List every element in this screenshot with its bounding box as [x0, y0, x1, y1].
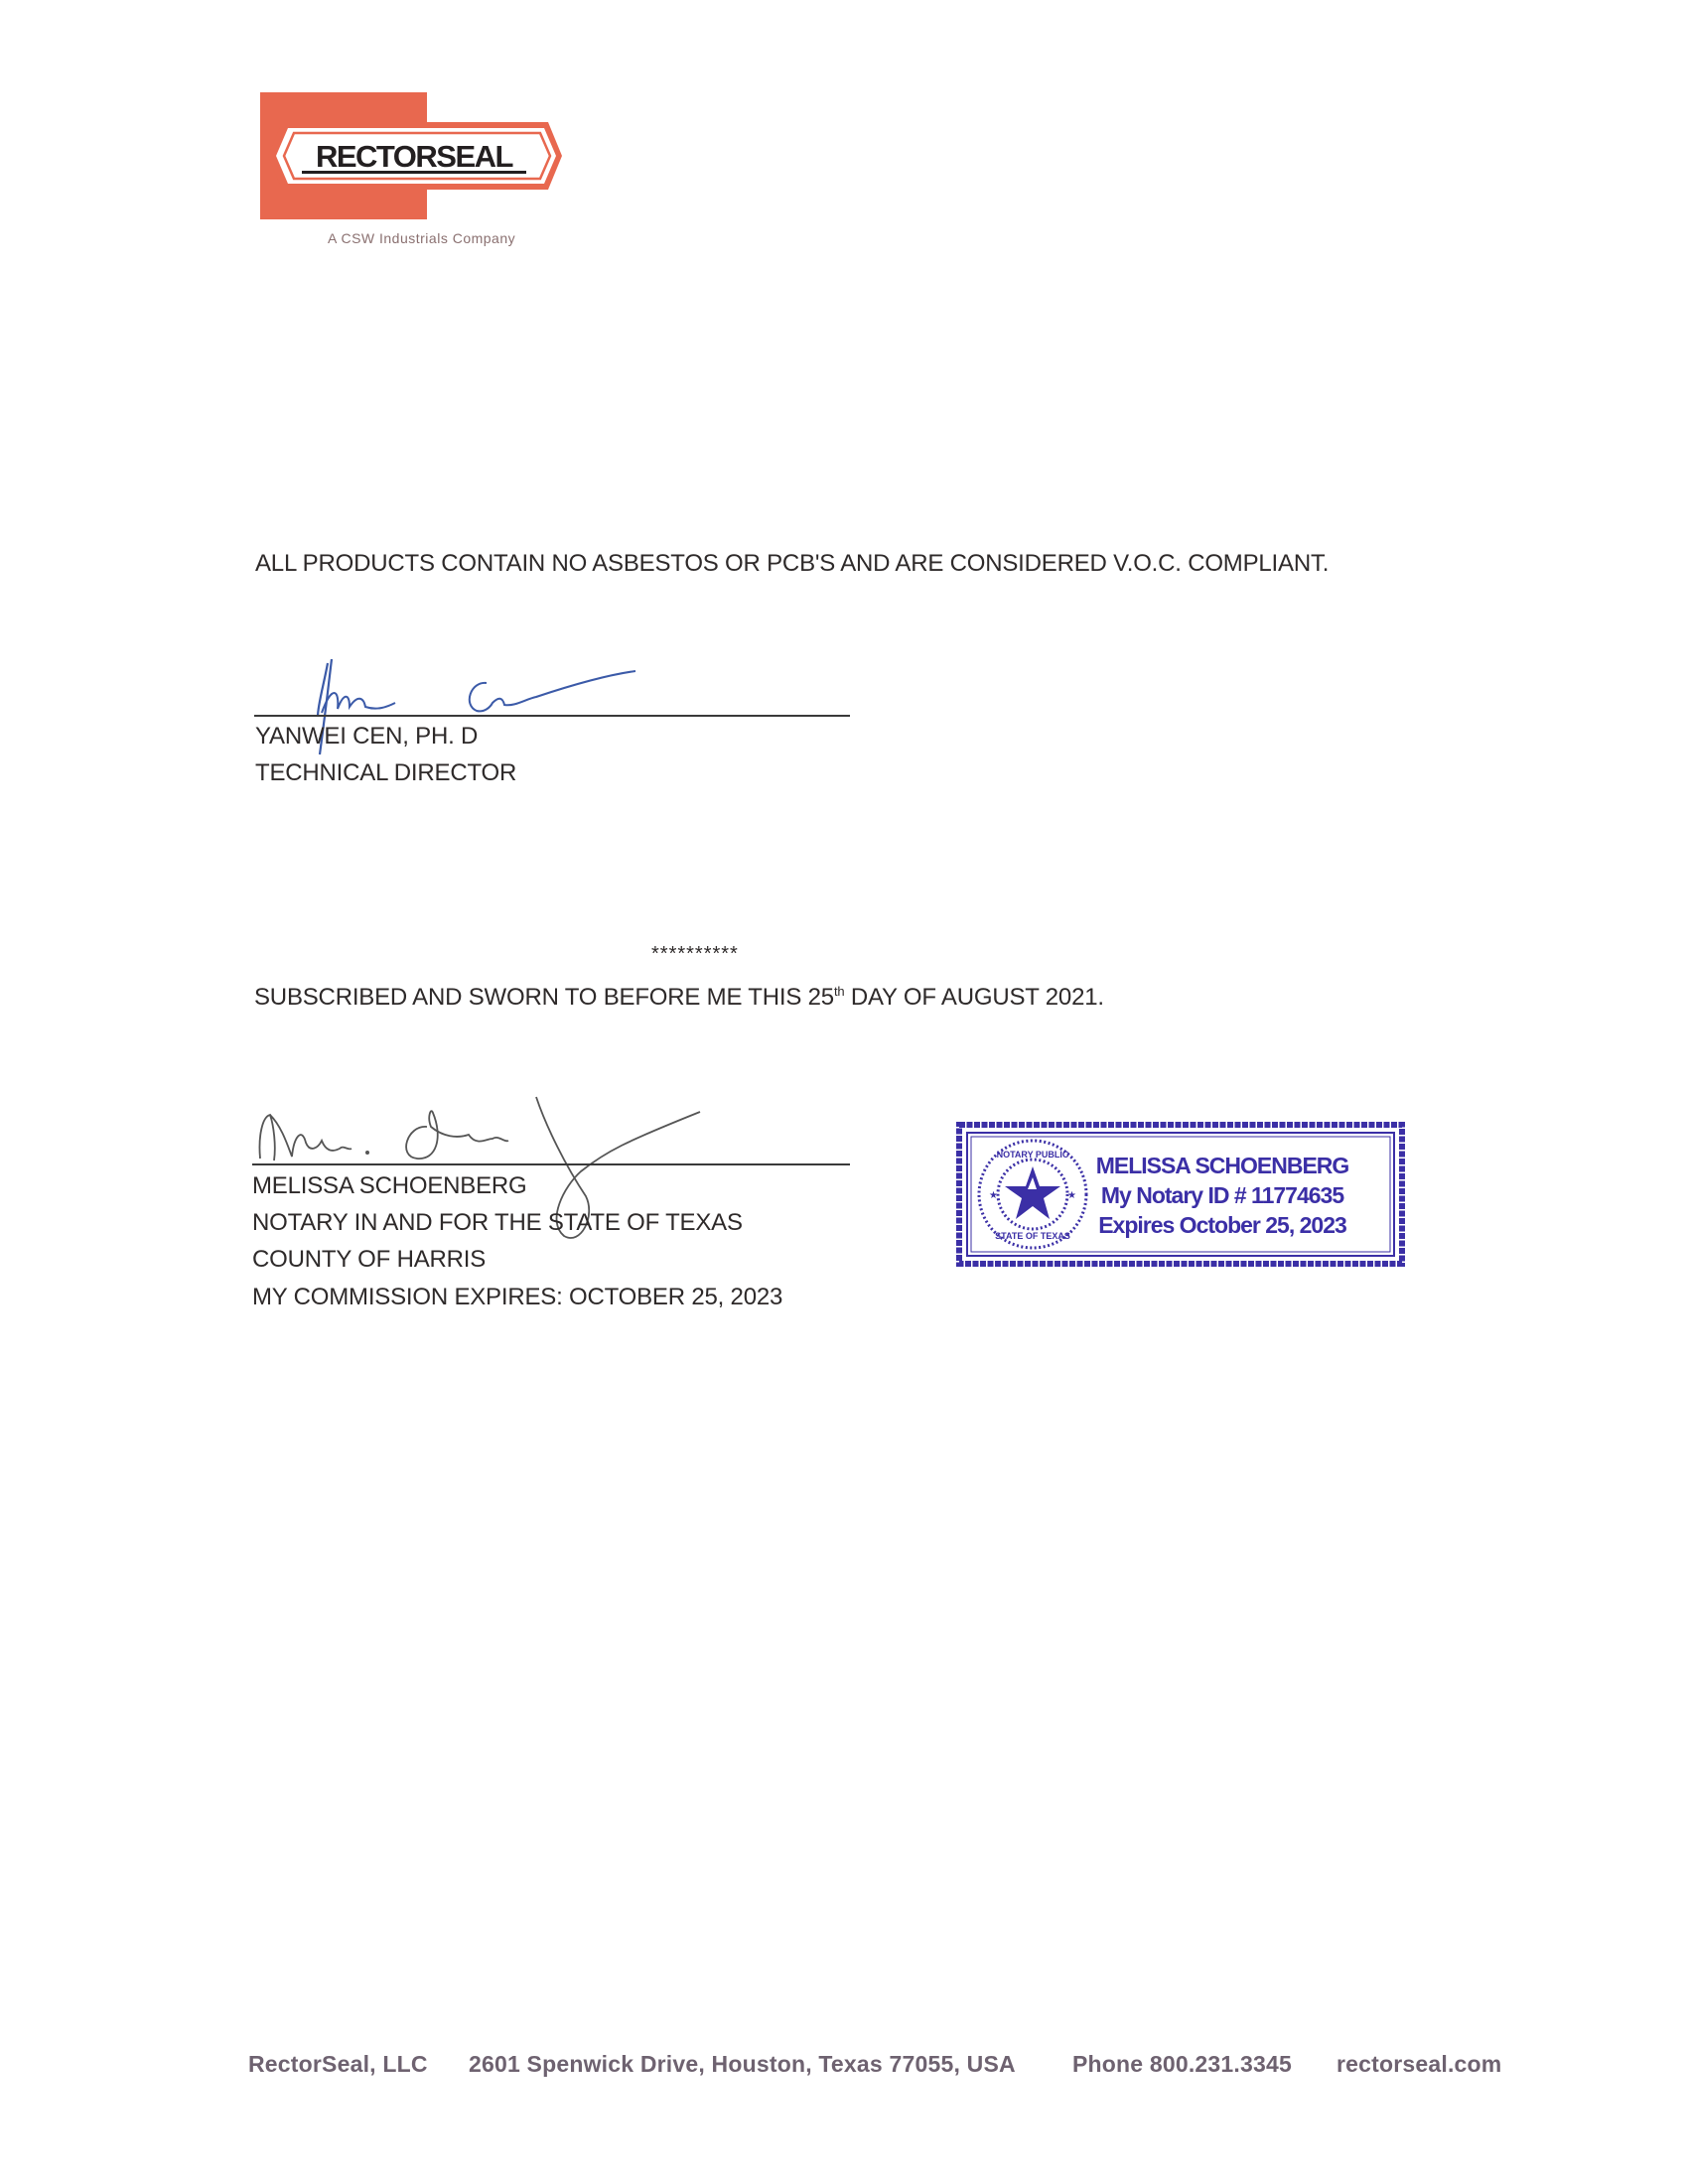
svg-text:★: ★ [989, 1190, 998, 1201]
svg-text:★: ★ [1067, 1190, 1076, 1201]
oath-ordinal: th [834, 984, 844, 999]
stamp-expiry: Expires October 25, 2023 [1098, 1212, 1346, 1238]
notary-stamp: NOTARY PUBLIC STATE OF TEXAS ★ ★ MELISSA… [956, 1122, 1405, 1267]
svg-text:RECTORSEAL: RECTORSEAL [316, 139, 513, 174]
oath-statement: SUBSCRIBED AND SWORN TO BEFORE ME THIS 2… [254, 984, 1104, 1012]
footer-company: RectorSeal, LLC [248, 2051, 428, 2078]
notary-commission-expiry: MY COMMISSION EXPIRES: OCTOBER 25, 2023 [252, 1284, 782, 1311]
footer-phone: Phone 800.231.3345 [1072, 2051, 1292, 2078]
stamp-notary-id: My Notary ID # 11774635 [1101, 1182, 1344, 1208]
oath-prefix: SUBSCRIBED AND SWORN TO BEFORE ME THIS 2… [254, 984, 834, 1011]
signature-line [254, 715, 850, 717]
separator: ********** [651, 943, 739, 966]
notary-jurisdiction: NOTARY IN AND FOR THE STATE OF TEXAS [252, 1209, 743, 1237]
notary-name: MELISSA SCHOENBERG [252, 1172, 526, 1200]
signatory-name: YANWEI CEN, PH. D [255, 723, 478, 751]
notary-county: COUNTY OF HARRIS [252, 1246, 486, 1274]
footer-address: 2601 Spenwick Drive, Houston, Texas 7705… [469, 2051, 1016, 2078]
svg-text:NOTARY PUBLIC: NOTARY PUBLIC [997, 1150, 1069, 1160]
footer-website[interactable]: rectorseal.com [1336, 2051, 1501, 2078]
rectorseal-logo: RECTORSEAL [260, 92, 568, 226]
notary-signature-line [252, 1163, 850, 1165]
oath-suffix: DAY OF AUGUST 2021. [844, 984, 1103, 1011]
svg-text:STATE OF TEXAS: STATE OF TEXAS [995, 1231, 1070, 1241]
signatory-title: TECHNICAL DIRECTOR [255, 759, 516, 787]
notary-seal-icon: NOTARY PUBLIC STATE OF TEXAS ★ ★ [979, 1141, 1086, 1248]
stamp-name: MELISSA SCHOENBERG [1096, 1153, 1349, 1178]
logo-tagline: A CSW Industrials Company [328, 230, 515, 246]
compliance-statement: ALL PRODUCTS CONTAIN NO ASBESTOS OR PCB'… [255, 550, 1329, 578]
